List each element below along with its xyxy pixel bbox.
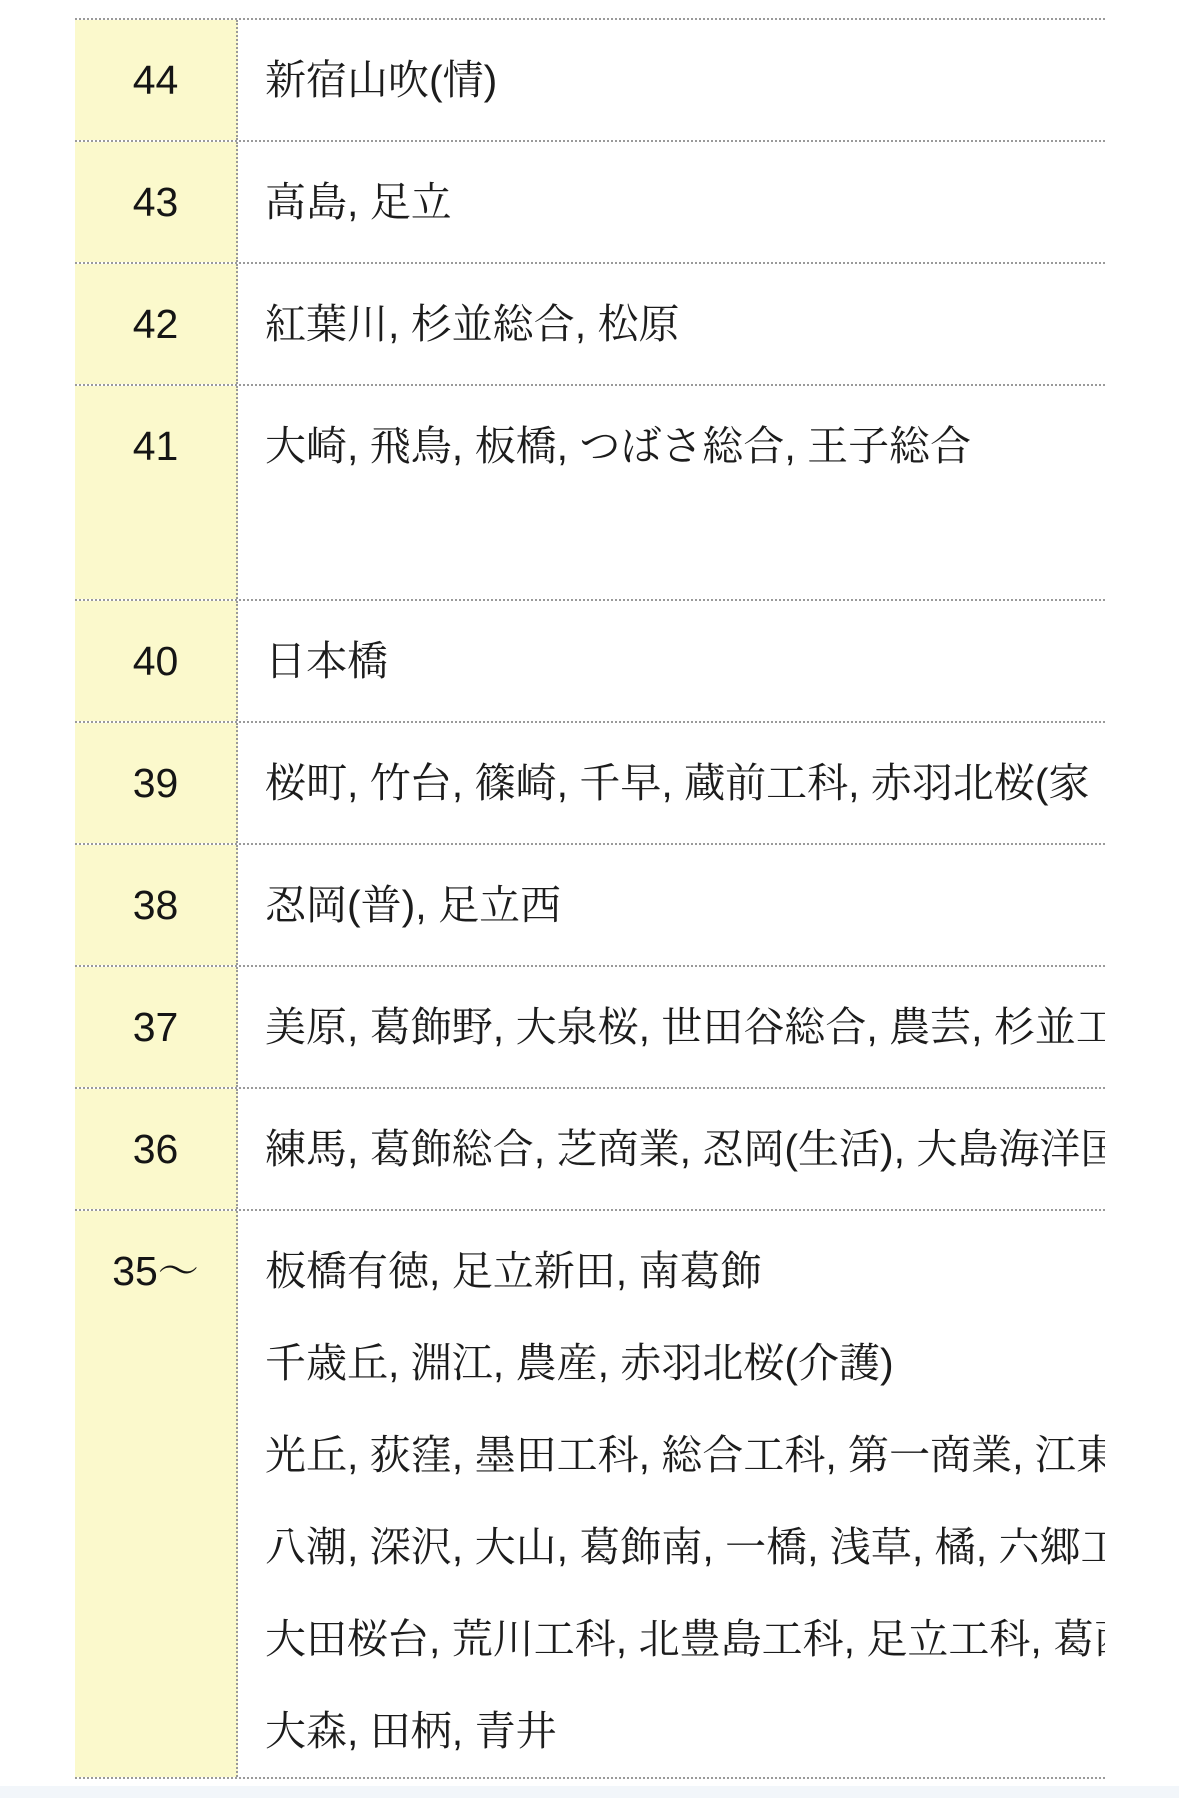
score-cell: 42	[75, 264, 238, 384]
score-label: 43	[133, 179, 179, 225]
score-cell: 39	[75, 723, 238, 843]
schools-cell: 紅葉川, 杉並総合, 松原	[238, 264, 1105, 384]
score-row: 40 日本橋	[75, 599, 1105, 721]
score-row: 43 高島, 足立	[75, 140, 1105, 262]
score-cell: 35〜	[75, 1211, 238, 1777]
school-line: 八潮, 深沢, 大山, 葛飾南, 一橋, 浅草, 橘, 六郷工	[265, 1501, 1105, 1593]
schools-cell: 高島, 足立	[238, 142, 1105, 262]
school-line: 大森, 田柄, 青井	[265, 1685, 1105, 1777]
score-row: 41 大崎, 飛鳥, 板橋, つばさ総合, 王子総合	[75, 384, 1105, 599]
school-line: 板橋有徳, 足立新田, 南葛飾	[265, 1225, 1105, 1317]
score-row: 39 桜町, 竹台, 篠崎, 千早, 蔵前工科, 赤羽北桜(家	[75, 721, 1105, 843]
school-line: 大田桜台, 荒川工科, 北豊島工科, 足立工科, 葛西	[265, 1593, 1105, 1685]
score-label: 38	[133, 882, 179, 928]
school-line: 美原, 葛飾野, 大泉桜, 世田谷総合, 農芸, 杉並工	[265, 981, 1105, 1073]
score-row: 37 美原, 葛飾野, 大泉桜, 世田谷総合, 農芸, 杉並工	[75, 965, 1105, 1087]
score-row: 44 新宿山吹(情)	[75, 18, 1105, 140]
school-line: 光丘, 荻窪, 墨田工科, 総合工科, 第一商業, 江東	[265, 1409, 1105, 1501]
schools-cell: 美原, 葛飾野, 大泉桜, 世田谷総合, 農芸, 杉並工	[238, 967, 1105, 1087]
schools-cell: 忍岡(普), 足立西	[238, 845, 1105, 965]
page-bottom-strip	[0, 1786, 1179, 1798]
schools-cell: 新宿山吹(情)	[238, 20, 1105, 140]
score-cell: 43	[75, 142, 238, 262]
score-row: 36 練馬, 葛飾総合, 芝商業, 忍岡(生活), 大島海洋国	[75, 1087, 1105, 1209]
school-line: 練馬, 葛飾総合, 芝商業, 忍岡(生活), 大島海洋国	[265, 1103, 1105, 1195]
schools-cell: 桜町, 竹台, 篠崎, 千早, 蔵前工科, 赤羽北桜(家	[238, 723, 1105, 843]
school-line: 千歳丘, 淵江, 農産, 赤羽北桜(介護)	[265, 1317, 1105, 1409]
score-cell: 40	[75, 601, 238, 721]
school-line: 桜町, 竹台, 篠崎, 千早, 蔵前工科, 赤羽北桜(家	[265, 737, 1105, 829]
score-label: 36	[133, 1126, 179, 1172]
schools-cell: 日本橋	[238, 601, 1105, 721]
school-line: 忍岡(普), 足立西	[265, 859, 1105, 951]
school-line: 大崎, 飛鳥, 板橋, つばさ総合, 王子総合	[265, 400, 1105, 492]
score-cell: 37	[75, 967, 238, 1087]
score-label: 37	[133, 1004, 179, 1050]
page: 44 新宿山吹(情) 43 高島, 足立 42 紅葉川, 杉並総合, 松原 41…	[0, 0, 1179, 1798]
score-row: 38 忍岡(普), 足立西	[75, 843, 1105, 965]
score-cell: 36	[75, 1089, 238, 1209]
score-cell: 44	[75, 20, 238, 140]
score-label: 44	[133, 57, 179, 103]
score-row: 35〜 板橋有徳, 足立新田, 南葛飾千歳丘, 淵江, 農産, 赤羽北桜(介護)…	[75, 1209, 1105, 1779]
school-line: 高島, 足立	[265, 156, 1105, 248]
deviation-score-table: 44 新宿山吹(情) 43 高島, 足立 42 紅葉川, 杉並総合, 松原 41…	[75, 18, 1105, 1779]
school-line: 紅葉川, 杉並総合, 松原	[265, 278, 1105, 370]
score-label: 39	[133, 760, 179, 806]
score-cell: 38	[75, 845, 238, 965]
score-label: 35〜	[112, 1248, 199, 1294]
school-line: 日本橋	[265, 615, 1105, 707]
score-cell: 41	[75, 386, 238, 599]
score-label: 41	[133, 423, 179, 469]
schools-cell: 板橋有徳, 足立新田, 南葛飾千歳丘, 淵江, 農産, 赤羽北桜(介護)光丘, …	[238, 1211, 1105, 1777]
schools-cell: 練馬, 葛飾総合, 芝商業, 忍岡(生活), 大島海洋国	[238, 1089, 1105, 1209]
score-label: 40	[133, 638, 179, 684]
school-line: 新宿山吹(情)	[265, 34, 1105, 126]
score-label: 42	[133, 301, 179, 347]
score-row: 42 紅葉川, 杉並総合, 松原	[75, 262, 1105, 384]
schools-cell: 大崎, 飛鳥, 板橋, つばさ総合, 王子総合	[238, 386, 1105, 599]
